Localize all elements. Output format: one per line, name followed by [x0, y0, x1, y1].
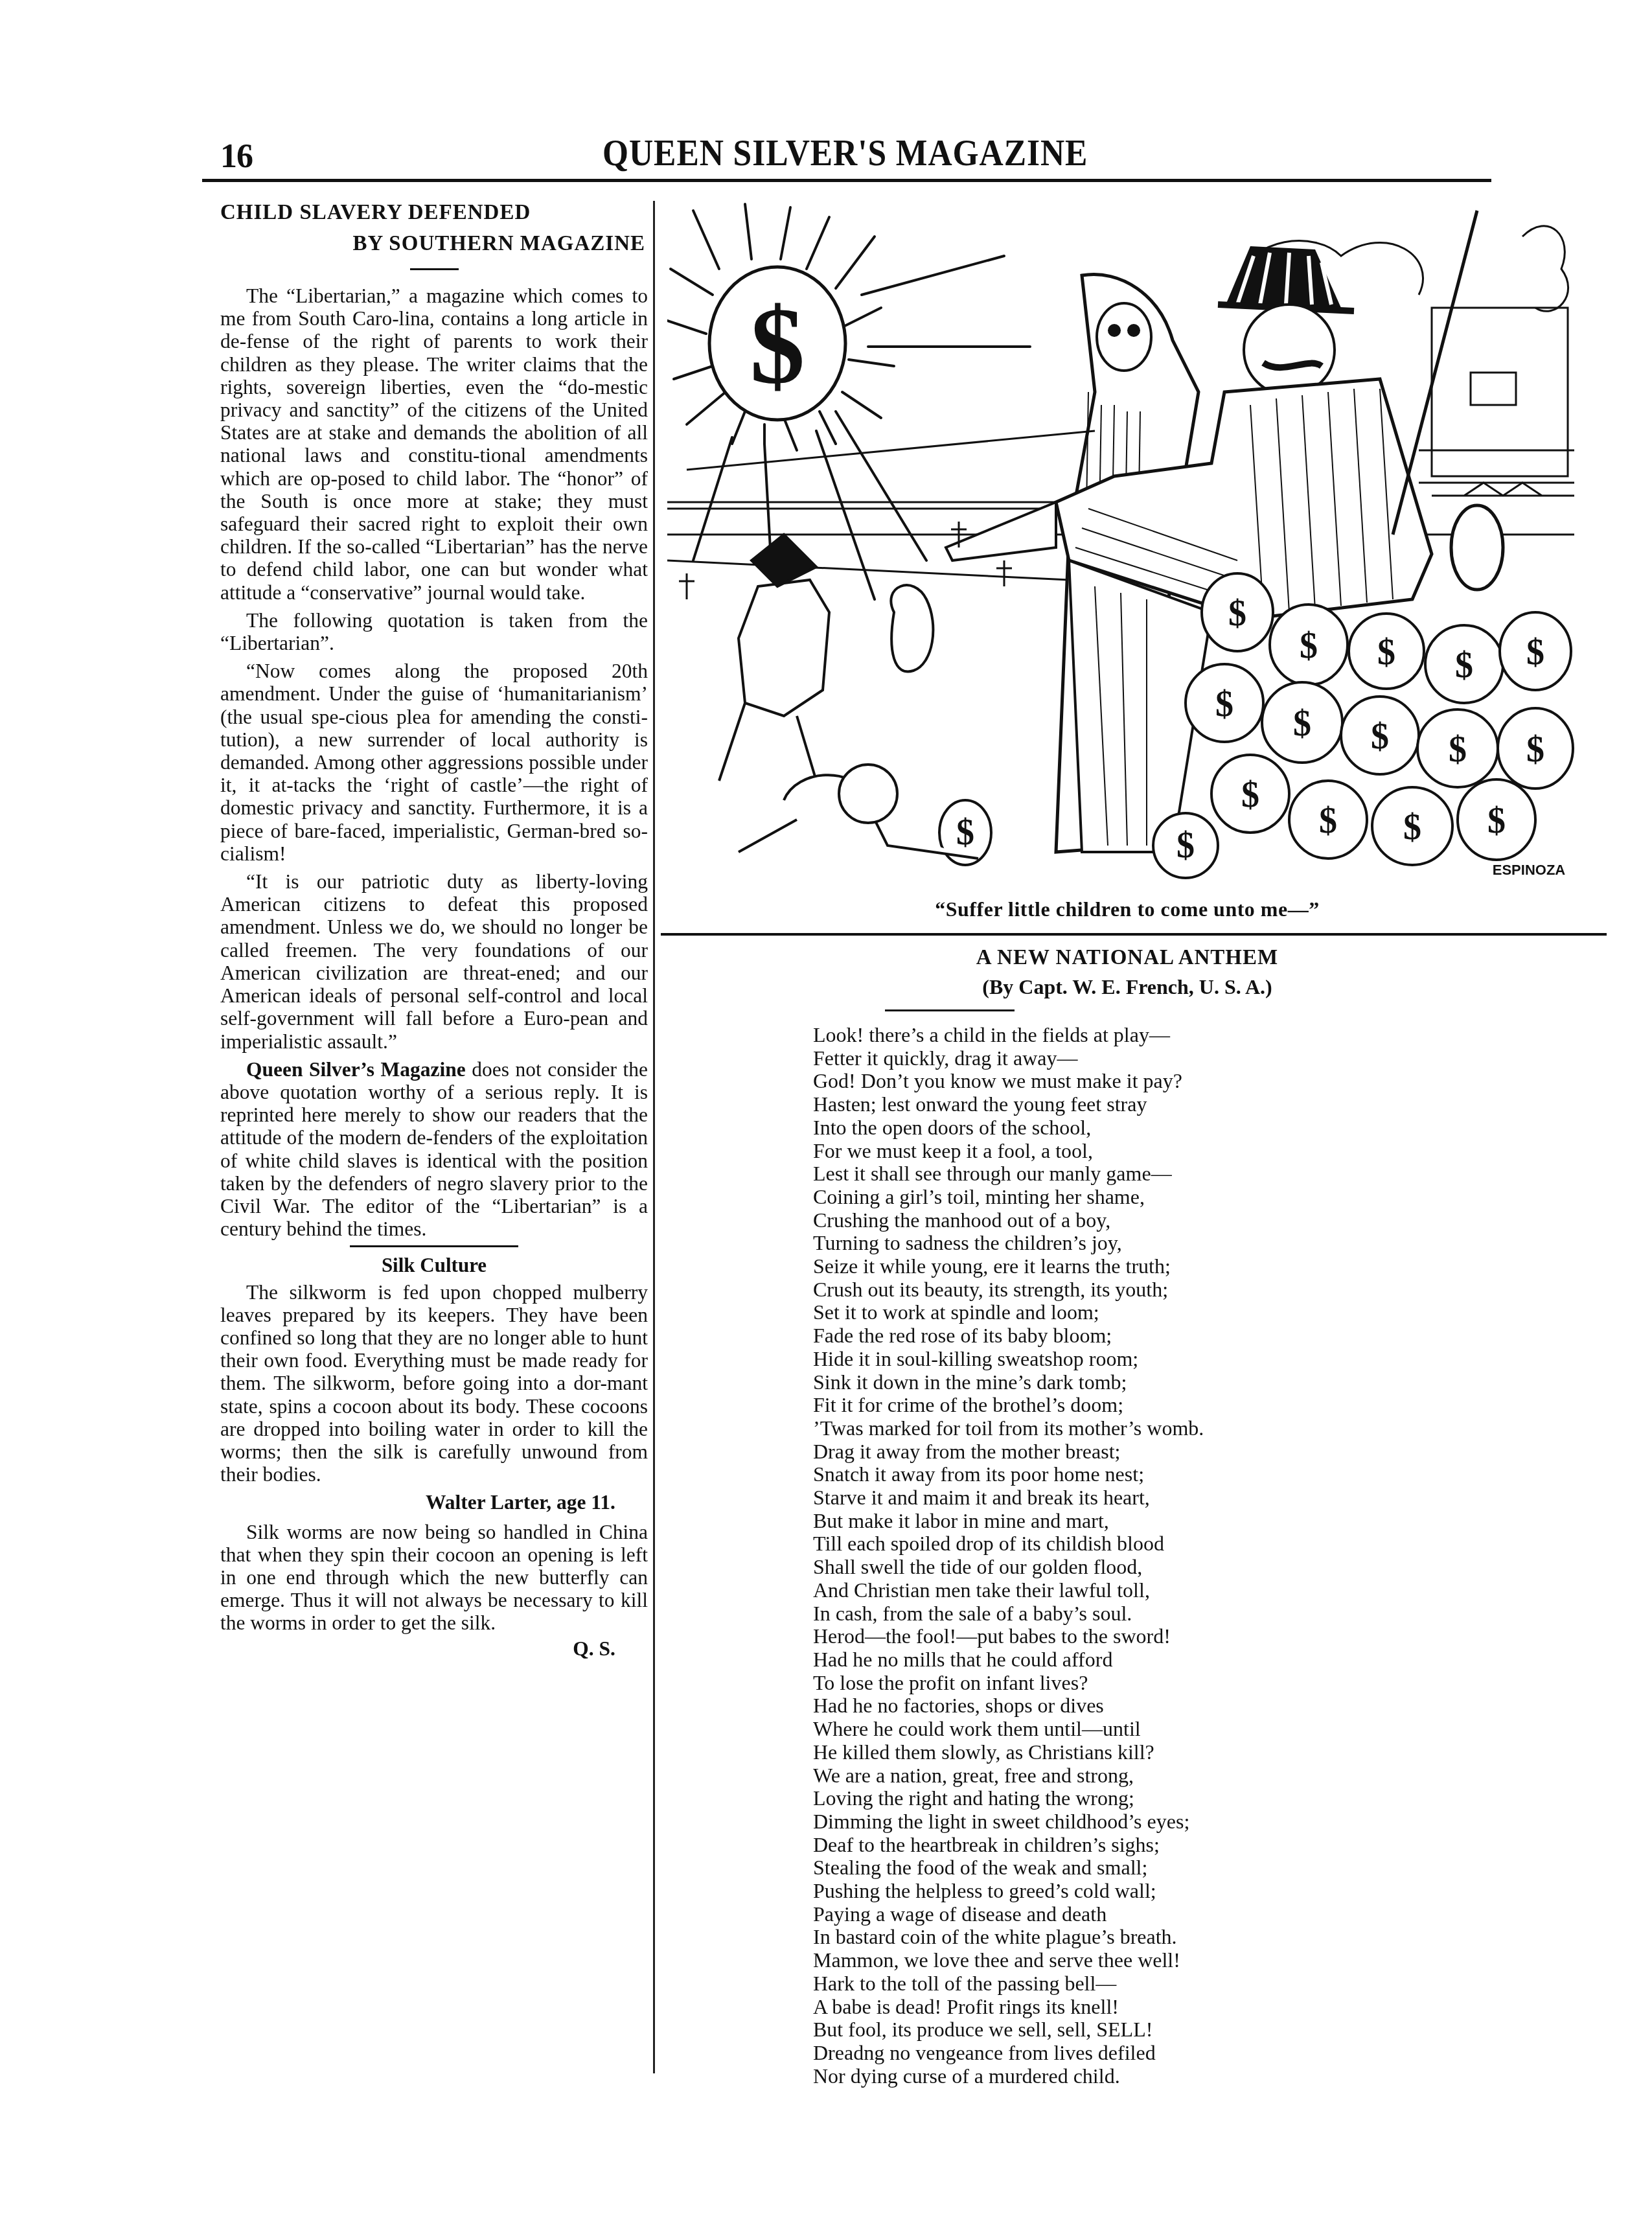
article-title: CHILD SLAVERY DEFENDED BY SOUTHERN MAGAZ…	[220, 197, 648, 259]
child-figures	[719, 535, 978, 859]
svg-text:$: $	[1526, 632, 1544, 673]
poem-line: ’Twas marked for toil from its mother’s …	[813, 1417, 1558, 1440]
left-column: CHILD SLAVERY DEFENDED BY SOUTHERN MAGAZ…	[220, 194, 648, 1660]
poem-title: A NEW NATIONAL ANTHEM	[661, 946, 1594, 970]
poem-line: Hark to the toll of the passing bell—	[813, 1972, 1558, 1996]
article-paragraph: The following quotation is taken from th…	[220, 609, 648, 654]
poem-line: Paying a wage of disease and death	[813, 1903, 1558, 1926]
section-rule	[350, 1245, 518, 1247]
silk-paragraph: Silk worms are now being so handled in C…	[220, 1521, 648, 1635]
svg-text:$: $	[1300, 626, 1318, 666]
closing-text: does not consider the above quotation wo…	[220, 1058, 648, 1240]
poem-line: Stealing the food of the weak and small;	[813, 1856, 1558, 1880]
svg-text:$: $	[1371, 717, 1389, 757]
poem-line: Deaf to the heartbreak in children’s sig…	[813, 1834, 1558, 1857]
poem-line: Hide it in soul-killing sweatshop room;	[813, 1348, 1558, 1371]
page-number: 16	[220, 137, 253, 176]
poem-line: Set it to work at spindle and loom;	[813, 1301, 1558, 1324]
masthead: QUEEN SILVER'S MAGAZINE	[602, 133, 1139, 174]
poem-line: Fade the red rose of its baby bloom;	[813, 1324, 1558, 1348]
poem-line: Loving the right and hating the wrong;	[813, 1787, 1558, 1810]
title-rule	[410, 268, 459, 270]
poem-line: Crushing the manhood out of a boy,	[813, 1209, 1558, 1232]
poem-line: Lest it shall see through our manly game…	[813, 1162, 1558, 1186]
poem-line: Seize it while young, ere it learns the …	[813, 1255, 1558, 1278]
gramophone-icon	[1451, 505, 1503, 590]
poem-line: Crush out its beauty, its strength, its …	[813, 1278, 1558, 1302]
poem-line: Where he could work them until—until	[813, 1718, 1558, 1741]
svg-text:$: $	[1455, 645, 1473, 686]
column-divider	[653, 201, 655, 2073]
svg-text:$: $	[1176, 825, 1195, 866]
poem-line: Coining a girl’s toil, minting her shame…	[813, 1186, 1558, 1209]
editorial-cartoon: $	[667, 198, 1587, 884]
caption-rule	[661, 933, 1607, 936]
skull-icon	[1097, 303, 1151, 371]
poem-line: Mammon, we love thee and serve thee well…	[813, 1949, 1558, 1972]
poem-line: Had he no mills that he could afford	[813, 1648, 1558, 1672]
poem-line: Drag it away from the mother breast;	[813, 1440, 1558, 1464]
cartoon-caption: “Suffer little children to come unto me—…	[661, 897, 1594, 921]
svg-text:$: $	[1215, 684, 1233, 724]
silk-culture-title: Silk Culture	[220, 1254, 648, 1276]
magazine-name: Queen Silver’s Magazine	[246, 1058, 466, 1081]
poem-line: Look! there’s a child in the fields at p…	[813, 1024, 1558, 1047]
article-paragraph: The “Libertarian,” a magazine which come…	[220, 284, 648, 604]
poem-line: God! Don’t you know we must make it pay?	[813, 1070, 1558, 1093]
signature: Q. S.	[220, 1637, 648, 1660]
poem-line: Till each spoiled drop of its childish b…	[813, 1532, 1558, 1556]
capitalist-face	[1244, 305, 1335, 395]
poem-line: Had he no factories, shops or dives	[813, 1694, 1558, 1718]
poem-line: Turning to sadness the children’s joy,	[813, 1232, 1558, 1255]
svg-text:$: $	[1487, 801, 1506, 841]
svg-text:$: $	[1228, 594, 1246, 634]
poem-line: Dimming the light in sweet childhood’s e…	[813, 1810, 1558, 1834]
svg-text:$: $	[956, 813, 974, 853]
poem-line: Nor dying curse of a murdered child.	[813, 2065, 1558, 2088]
poem-line: Hasten; lest onward the young feet stray	[813, 1093, 1558, 1116]
poem-line: Herod—the fool!—put babes to the sword!	[813, 1625, 1558, 1648]
svg-text:$: $	[1377, 632, 1395, 673]
poem-rule	[885, 1009, 1015, 1011]
poem-line: Fit it for crime of the brothel’s doom;	[813, 1394, 1558, 1417]
poem-line: Into the open doors of the school,	[813, 1116, 1558, 1140]
artist-signature: ESPINOZA	[1493, 862, 1566, 878]
poem-line: Pushing the helpless to greed’s cold wal…	[813, 1880, 1558, 1903]
article-title-line-1: CHILD SLAVERY DEFENDED	[220, 197, 648, 228]
silk-byline: Walter Larter, age 11.	[220, 1491, 648, 1514]
svg-text:$: $	[1526, 730, 1544, 770]
poem-line: Fetter it quickly, drag it away—	[813, 1047, 1558, 1070]
poem-line: Starve it and maim it and break its hear…	[813, 1486, 1558, 1510]
money-bags	[939, 573, 1573, 878]
poem-line: But fool, its produce we sell, sell, SEL…	[813, 2018, 1558, 2042]
poem-line: In bastard coin of the white plague’s br…	[813, 1926, 1558, 1949]
poem-line: In cash, from the sale of a baby’s soul.	[813, 1602, 1558, 1626]
poem-line: To lose the profit on infant lives?	[813, 1672, 1558, 1695]
header-rule	[202, 179, 1491, 182]
svg-text:$: $	[1293, 704, 1311, 744]
cartoon-illustration: $	[667, 198, 1587, 884]
poem-line: And Christian men take their lawful toll…	[813, 1579, 1558, 1602]
poem-line: Dreadng no vengeance from lives defiled	[813, 2042, 1558, 2065]
dollar-sun-symbol: $	[750, 284, 805, 406]
svg-text:$: $	[1449, 730, 1467, 770]
poem-body: Look! there’s a child in the fields at p…	[813, 1024, 1558, 2088]
poem-byline: (By Capt. W. E. French, U. S. A.)	[661, 975, 1594, 999]
poem-line: We are a nation, great, free and strong,	[813, 1764, 1558, 1788]
silk-paragraph: The silkworm is fed upon chopped mulberr…	[220, 1281, 648, 1486]
quotation-paragraph: “Now comes along the proposed 20th amend…	[220, 660, 648, 865]
poem-line: Sink it down in the mine’s dark tomb;	[813, 1371, 1558, 1394]
poem-line: Snatch it away from its poor home nest;	[813, 1463, 1558, 1486]
quotation-paragraph: “It is our patriotic duty as liberty-lov…	[220, 870, 648, 1053]
poem-line: But make it labor in mine and mart,	[813, 1510, 1558, 1533]
poem-line: A babe is dead! Profit rings its knell!	[813, 1996, 1558, 2019]
svg-text:$: $	[1319, 801, 1337, 841]
svg-text:$: $	[1403, 807, 1421, 847]
article-closing-paragraph: Queen Silver’s Magazine does not conside…	[220, 1058, 648, 1241]
svg-text:$: $	[1241, 775, 1259, 815]
poem-line: Shall swell the tide of our golden flood…	[813, 1556, 1558, 1579]
article-title-line-2: BY SOUTHERN MAGAZINE	[220, 228, 648, 259]
poem-line: He killed them slowly, as Christians kil…	[813, 1741, 1558, 1764]
poem-line: For we must keep it a fool, a tool,	[813, 1140, 1558, 1163]
